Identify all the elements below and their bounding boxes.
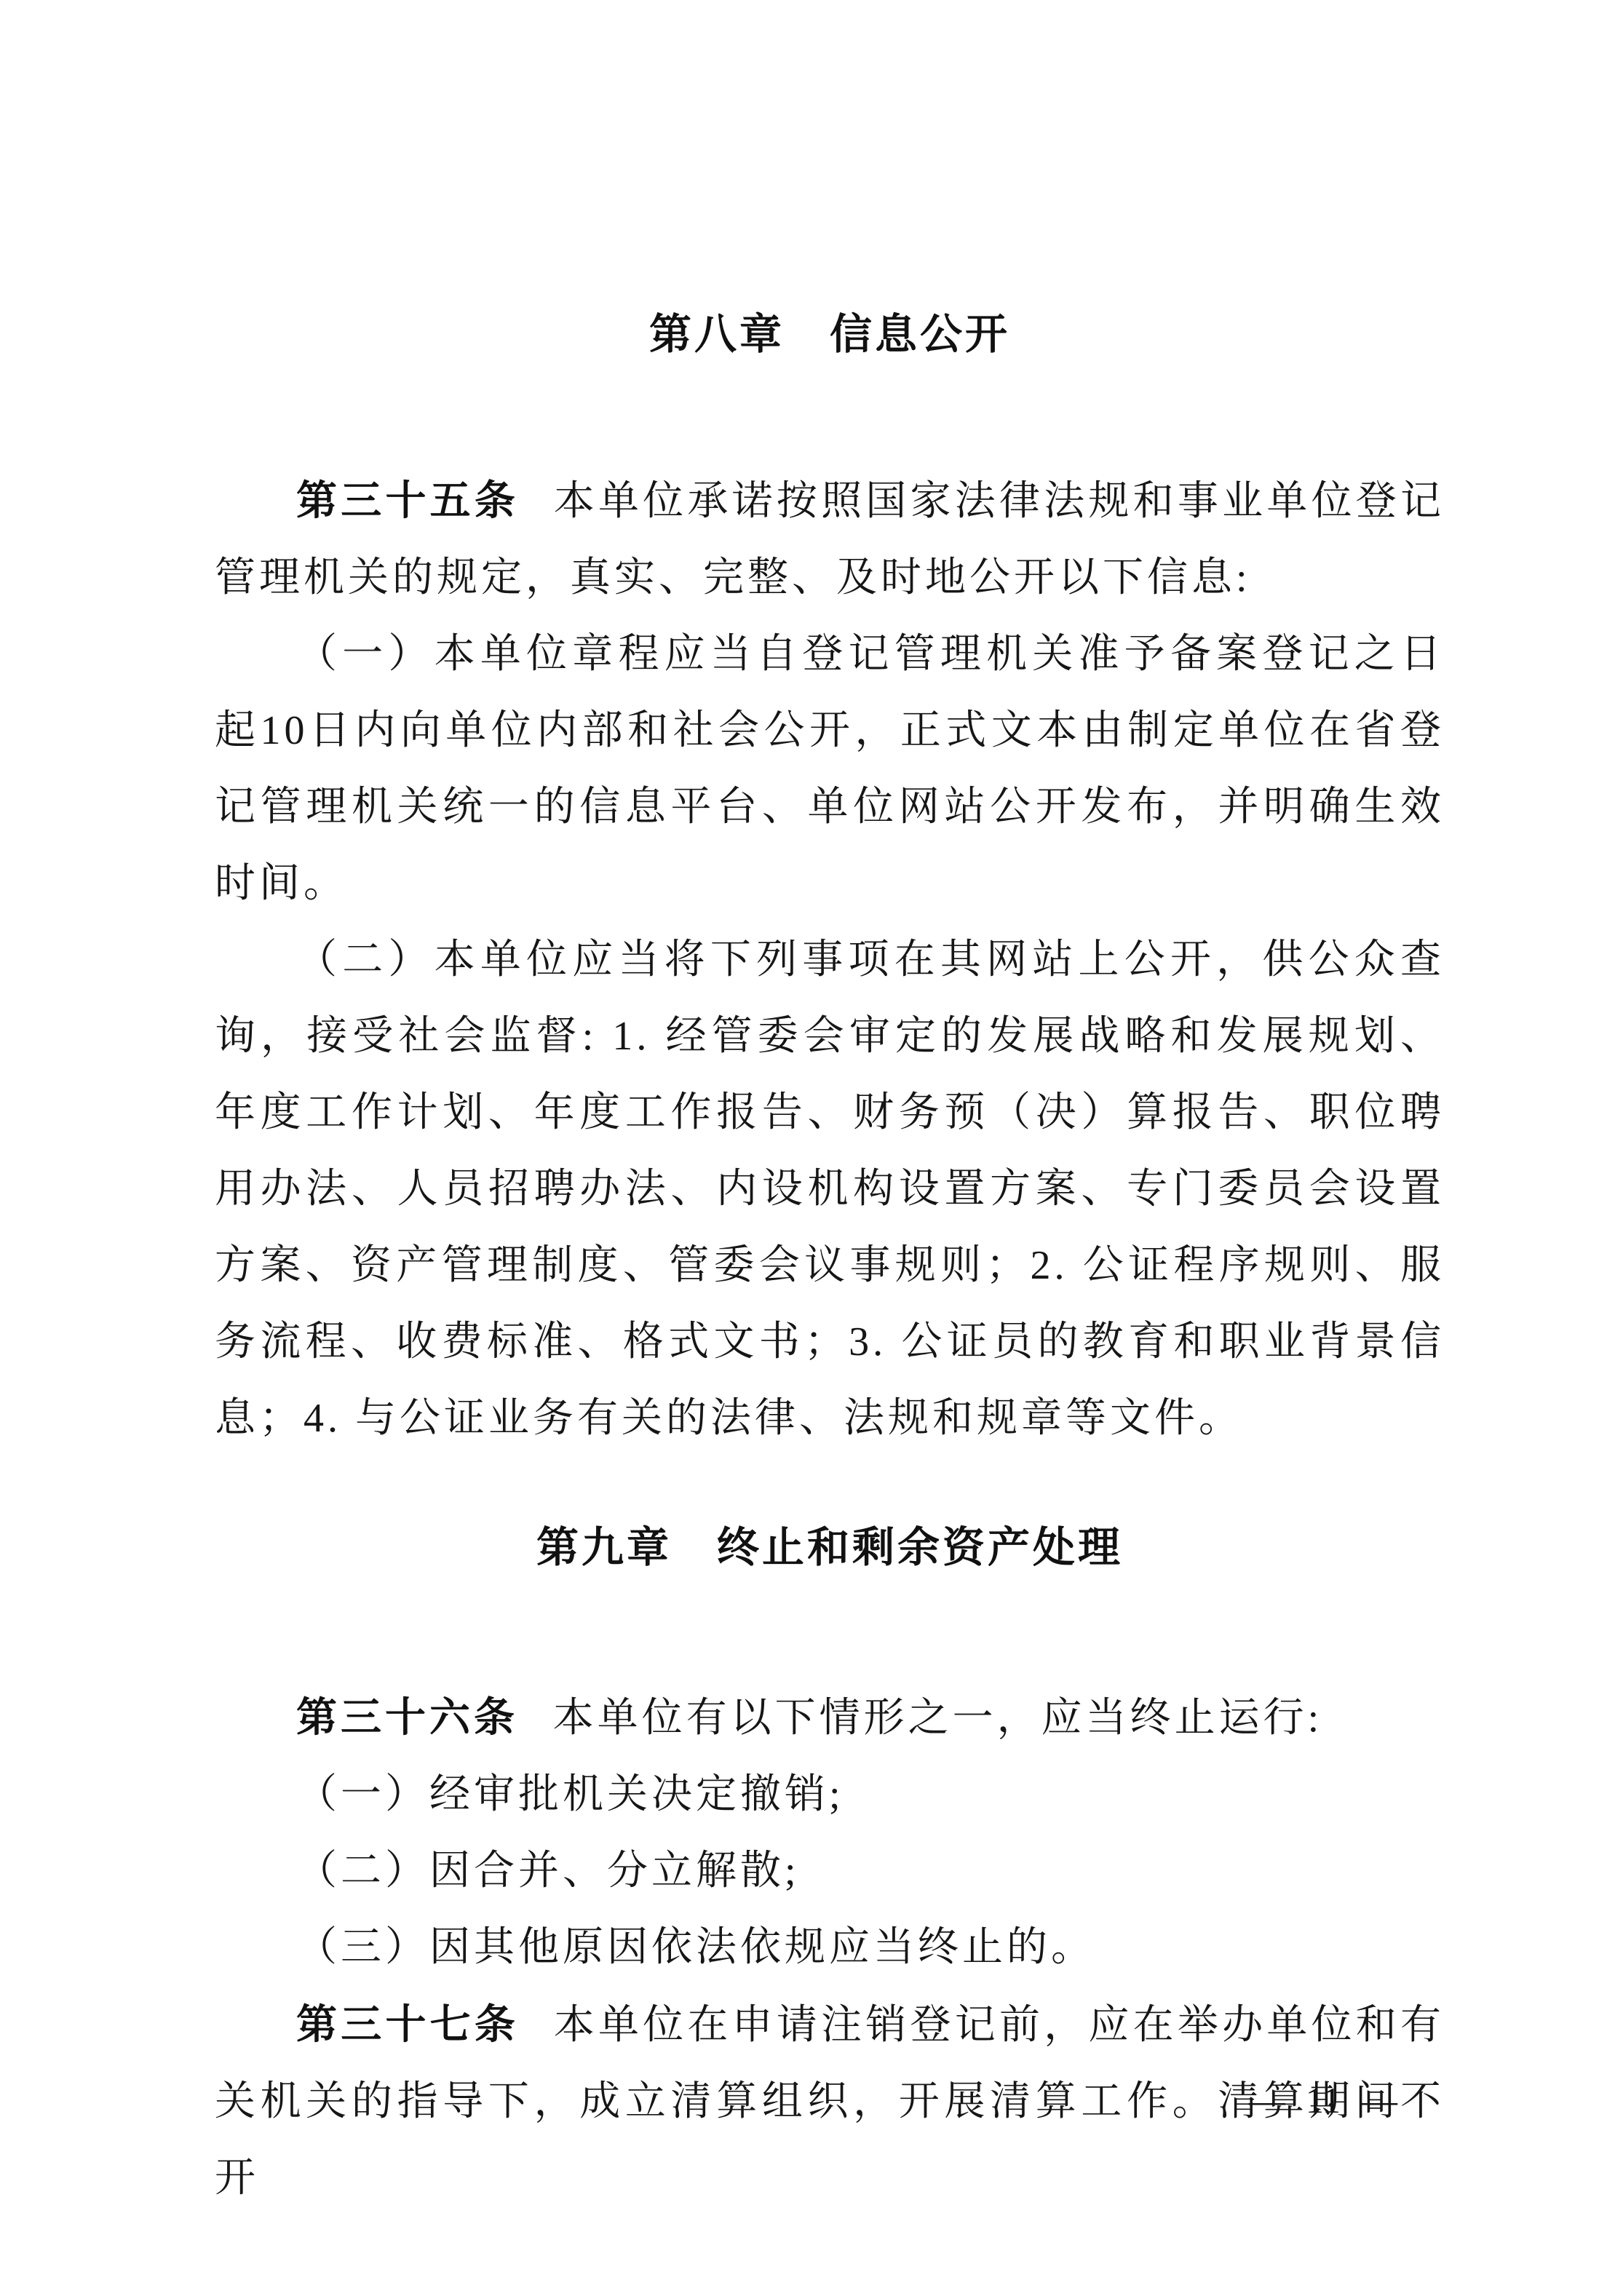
chapter-9-heading: 第九章 终止和剩余资产处理 bbox=[215, 1522, 1445, 1573]
article-36-number: 第三十六条 bbox=[296, 1694, 518, 1740]
page-number-right-dash: — bbox=[1361, 2080, 1397, 2121]
page-number-left-dash: — bbox=[1249, 2080, 1285, 2121]
chapter9-item-1: （一）经审批机关决定撤销; bbox=[215, 1757, 1445, 1833]
page-number: —11— bbox=[1249, 2078, 1397, 2122]
article-36-text: 本单位有以下情形之一，应当终止运行: bbox=[553, 1696, 1323, 1741]
article-36-paragraph: 第三十六条本单位有以下情形之一，应当终止运行: bbox=[215, 1679, 1445, 1757]
article-35-number: 第三十五条 bbox=[296, 477, 519, 523]
document-content: 第八章 信息公开 第三十五条本单位承诺按照国家法律法规和事业单位登记管理机关的规… bbox=[215, 309, 1445, 2217]
chapter9-item-3: （三）因其他原因依法依规应当终止的。 bbox=[215, 1910, 1445, 1986]
chapter8-item-2: （二）本单位应当将下列事项在其网站上公开，供公众查询，接受社会监督: 1. 经管… bbox=[215, 922, 1445, 1457]
article-37-number: 第三十七条 bbox=[296, 2001, 519, 2047]
page-number-value: 11 bbox=[1306, 2080, 1341, 2121]
document-page: 第八章 信息公开 第三十五条本单位承诺按照国家法律法规和事业单位登记管理机关的规… bbox=[0, 0, 1623, 2296]
chapter-8-heading: 第八章 信息公开 bbox=[215, 309, 1445, 360]
article-35-paragraph: 第三十五条本单位承诺按照国家法律法规和事业单位登记管理机关的规定，真实、完整、及… bbox=[215, 462, 1445, 616]
chapter8-item-1: （一）本单位章程应当自登记管理机关准予备案登记之日起10日内向单位内部和社会公开… bbox=[215, 616, 1445, 922]
chapter9-item-2: （二）因合并、分立解散; bbox=[215, 1833, 1445, 1910]
